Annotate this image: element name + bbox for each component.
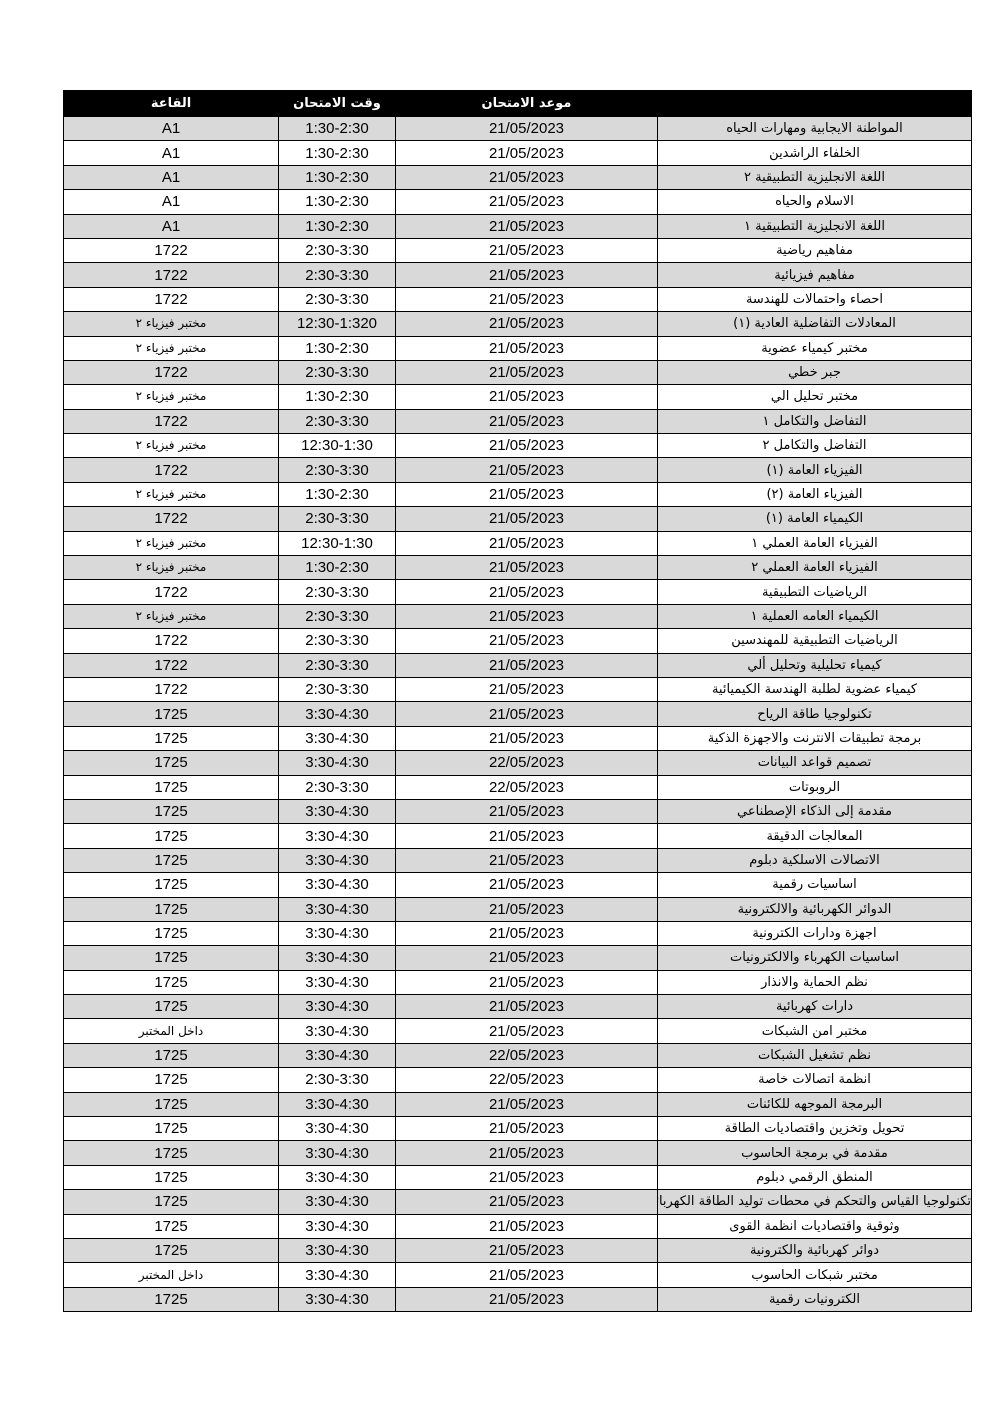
time-cell: 3:30-4:30 [279,946,396,970]
table-row: 17253:30-4:3021/05/2023البرمجة الموجهه ل… [64,1092,972,1116]
room-cell: 1722 [64,409,279,433]
date-cell: 21/05/2023 [396,458,658,482]
table-row: 17253:30-4:3021/05/2023الدوائر الكهربائي… [64,897,972,921]
room-cell: A1 [64,190,279,214]
table-row: A11:30-2:3021/05/2023اللغة الانجليزية ال… [64,214,972,238]
date-cell: 21/05/2023 [396,1287,658,1311]
date-cell: 21/05/2023 [396,946,658,970]
date-cell: 21/05/2023 [396,677,658,701]
date-cell: 21/05/2023 [396,263,658,287]
date-cell: 22/05/2023 [396,1043,658,1067]
time-cell: 2:30-3:30 [279,238,396,262]
course-cell: المعالجات الدقيقة [658,824,972,848]
course-cell: الرياضيات التطبيقية [658,580,972,604]
room-cell: 1725 [64,995,279,1019]
table-row: 17253:30-4:3021/05/2023اجهزة ودارات الكت… [64,921,972,945]
table-row: مختبر فيزياء ٢2:30-3:3021/05/2023الكيميا… [64,604,972,628]
time-cell: 1:30-2:30 [279,165,396,189]
room-cell: مختبر فيزياء ٢ [64,556,279,580]
course-cell: الاسلام والحياه [658,190,972,214]
time-cell: 3:30-4:30 [279,970,396,994]
table-row: 17222:30-3:3021/05/2023مفاهيم رياضية [64,238,972,262]
course-cell: اساسيات الكهرباء والالكترونيات [658,946,972,970]
time-cell: 1:30-2:30 [279,482,396,506]
course-cell: اجهزة ودارات الكترونية [658,921,972,945]
room-cell: 1725 [64,970,279,994]
course-cell: الفيزياء العامة (٢) [658,482,972,506]
table-row: 17253:30-4:3021/05/2023وثوقية واقتصاديات… [64,1214,972,1238]
course-cell: مختبر كيمياء عضوية [658,336,972,360]
date-cell: 21/05/2023 [396,653,658,677]
room-cell: 1725 [64,1141,279,1165]
room-cell: 1725 [64,1117,279,1141]
table-row: 17253:30-4:3021/05/2023الكترونيات رقمية [64,1287,972,1311]
time-cell: 2:30-3:30 [279,677,396,701]
time-cell: 1:30-2:30 [279,214,396,238]
room-cell: مختبر فيزياء ٢ [64,312,279,336]
course-cell: تصميم قواعد البيانات [658,751,972,775]
table-header-row: القاعة وقت الامتحان موعد الامتحان [64,91,972,117]
date-cell: 21/05/2023 [396,409,658,433]
room-cell: 1725 [64,751,279,775]
table-row: A11:30-2:3021/05/2023الاسلام والحياه [64,190,972,214]
room-cell: 1722 [64,263,279,287]
date-cell: 21/05/2023 [396,1019,658,1043]
table-row: مختبر فيزياء ٢1:30-2:3021/05/2023مختبر ك… [64,336,972,360]
room-cell: 1725 [64,873,279,897]
time-cell: 2:30-3:30 [279,360,396,384]
time-cell: 1:30-2:30 [279,141,396,165]
course-cell: مختبر تحليل الي [658,385,972,409]
course-cell: انظمة اتصالات خاصة [658,1068,972,1092]
date-cell: 21/05/2023 [396,385,658,409]
date-cell: 21/05/2023 [396,482,658,506]
time-cell: 3:30-4:30 [279,751,396,775]
time-cell: 3:30-4:30 [279,897,396,921]
table-row: A11:30-2:3021/05/2023الخلفاء الراشدين [64,141,972,165]
time-cell: 2:30-3:30 [279,775,396,799]
room-cell: 1722 [64,629,279,653]
room-cell: مختبر فيزياء ٢ [64,336,279,360]
date-cell: 22/05/2023 [396,1068,658,1092]
time-cell: 12:30-1:30 [279,531,396,555]
course-cell: التفاضل والتكامل ١ [658,409,972,433]
course-cell: مفاهيم فيزيائية [658,263,972,287]
course-cell: الكيمياء العامه العملية ١ [658,604,972,628]
date-cell: 21/05/2023 [396,507,658,531]
table-row: 17253:30-4:3021/05/2023تكنولوجيا القياس … [64,1190,972,1214]
table-row: 17222:30-3:3021/05/2023الرياضيات التطبيق… [64,580,972,604]
room-cell: مختبر فيزياء ٢ [64,385,279,409]
room-cell: 1722 [64,238,279,262]
date-cell: 22/05/2023 [396,751,658,775]
header-room: القاعة [64,91,279,117]
room-cell: 1725 [64,775,279,799]
time-cell: 3:30-4:30 [279,921,396,945]
date-cell: 21/05/2023 [396,824,658,848]
time-cell: 2:30-3:30 [279,653,396,677]
date-cell: 21/05/2023 [396,1141,658,1165]
room-cell: 1725 [64,1092,279,1116]
date-cell: 21/05/2023 [396,434,658,458]
time-cell: 3:30-4:30 [279,1263,396,1287]
time-cell: 2:30-3:30 [279,604,396,628]
course-cell: مقدمة إلى الذكاء الإصطناعي [658,799,972,823]
time-cell: 3:30-4:30 [279,799,396,823]
room-cell: A1 [64,117,279,141]
table-row: مختبر فيزياء ٢1:30-2:3021/05/2023مختبر ت… [64,385,972,409]
date-cell: 21/05/2023 [396,1263,658,1287]
room-cell: 1725 [64,921,279,945]
time-cell: 2:30-3:30 [279,1068,396,1092]
date-cell: 21/05/2023 [396,897,658,921]
course-cell: الخلفاء الراشدين [658,141,972,165]
course-cell: وثوقية واقتصاديات انظمة القوى [658,1214,972,1238]
room-cell: مختبر فيزياء ٢ [64,434,279,458]
exam-schedule-table: القاعة وقت الامتحان موعد الامتحان A11:30… [63,90,972,1312]
time-cell: 1:30-2:30 [279,336,396,360]
date-cell: 21/05/2023 [396,165,658,189]
course-cell: دوائر كهربائية والكترونية [658,1238,972,1262]
date-cell: 21/05/2023 [396,1117,658,1141]
room-cell: 1722 [64,360,279,384]
course-cell: المنطق الرقمي دبلوم [658,1165,972,1189]
time-cell: 3:30-4:30 [279,1043,396,1067]
time-cell: 1:30-2:30 [279,117,396,141]
date-cell: 21/05/2023 [396,726,658,750]
course-cell: اللغة الانجليزية التطبيقية ١ [658,214,972,238]
time-cell: 12:30-1:320 [279,312,396,336]
time-cell: 2:30-3:30 [279,507,396,531]
date-cell: 21/05/2023 [396,238,658,262]
date-cell: 21/05/2023 [396,1214,658,1238]
table-row: 17222:30-3:3021/05/2023كيمياء عضوية لطلب… [64,677,972,701]
room-cell: 1722 [64,677,279,701]
time-cell: 2:30-3:30 [279,287,396,311]
room-cell: 1722 [64,507,279,531]
room-cell: 1725 [64,1190,279,1214]
room-cell: 1725 [64,799,279,823]
course-cell: الفيزياء العامة العملي ٢ [658,556,972,580]
date-cell: 22/05/2023 [396,775,658,799]
date-cell: 21/05/2023 [396,921,658,945]
date-cell: 21/05/2023 [396,336,658,360]
date-cell: 21/05/2023 [396,287,658,311]
date-cell: 21/05/2023 [396,873,658,897]
date-cell: 21/05/2023 [396,995,658,1019]
table-row: 17253:30-4:3021/05/2023مقدمة إلى الذكاء … [64,799,972,823]
course-cell: مقدمة في برمجة الحاسوب [658,1141,972,1165]
time-cell: 3:30-4:30 [279,824,396,848]
table-row: 17222:30-3:3021/05/2023التفاضل والتكامل … [64,409,972,433]
room-cell: داخل المختبر [64,1019,279,1043]
date-cell: 21/05/2023 [396,1190,658,1214]
date-cell: 21/05/2023 [396,970,658,994]
time-cell: 3:30-4:30 [279,1092,396,1116]
date-cell: 21/05/2023 [396,531,658,555]
room-cell: 1722 [64,458,279,482]
table-row: 17253:30-4:3021/05/2023تحويل وتخزين واقت… [64,1117,972,1141]
time-cell: 2:30-3:30 [279,263,396,287]
course-cell: اساسيات رقمية [658,873,972,897]
time-cell: 3:30-4:30 [279,873,396,897]
room-cell: 1725 [64,824,279,848]
table-row: مختبر فيزياء ٢12:30-1:3021/05/2023التفاض… [64,434,972,458]
date-cell: 21/05/2023 [396,141,658,165]
room-cell: A1 [64,214,279,238]
table-row: 17253:30-4:3021/05/2023برمجة تطبيقات الا… [64,726,972,750]
table-row: A11:30-2:3021/05/2023اللغة الانجليزية ال… [64,165,972,189]
table-row: مختبر فيزياء ٢1:30-2:3021/05/2023الفيزيا… [64,482,972,506]
time-cell: 2:30-3:30 [279,409,396,433]
table-row: 17222:30-3:3021/05/2023مفاهيم فيزيائية [64,263,972,287]
course-cell: التفاضل والتكامل ٢ [658,434,972,458]
course-cell: الكيمياء العامة (١) [658,507,972,531]
table-row: مختبر فيزياء ٢12:30-1:32021/05/2023المعا… [64,312,972,336]
room-cell: مختبر فيزياء ٢ [64,482,279,506]
date-cell: 21/05/2023 [396,848,658,872]
course-cell: الفيزياء العامة (١) [658,458,972,482]
table-row: 17252:30-3:3022/05/2023الروبوتات [64,775,972,799]
course-cell: الروبوتات [658,775,972,799]
table-row: مختبر فيزياء ٢12:30-1:3021/05/2023الفيزي… [64,531,972,555]
room-cell: مختبر فيزياء ٢ [64,531,279,555]
date-cell: 21/05/2023 [396,214,658,238]
header-course [658,91,972,117]
course-cell: تكنولوجيا طاقة الرياح [658,702,972,726]
course-cell: المعادلات التفاضلية العادية (١) [658,312,972,336]
course-cell: الدوائر الكهربائية والالكترونية [658,897,972,921]
time-cell: 3:30-4:30 [279,1214,396,1238]
time-cell: 3:30-4:30 [279,726,396,750]
room-cell: 1725 [64,1287,279,1311]
time-cell: 12:30-1:30 [279,434,396,458]
room-cell: 1722 [64,580,279,604]
table-row: 17253:30-4:3021/05/2023تكنولوجيا طاقة ال… [64,702,972,726]
course-cell: مفاهيم رياضية [658,238,972,262]
course-cell: تكنولوجيا القياس والتحكم في محطات توليد … [658,1190,972,1214]
course-cell: الفيزياء العامة العملي ١ [658,531,972,555]
course-cell: نظم تشغيل الشبكات [658,1043,972,1067]
date-cell: 21/05/2023 [396,629,658,653]
course-cell: تحويل وتخزين واقتصاديات الطاقة [658,1117,972,1141]
time-cell: 1:30-2:30 [279,385,396,409]
course-cell: مختبر شبكات الحاسوب [658,1263,972,1287]
date-cell: 21/05/2023 [396,702,658,726]
time-cell: 3:30-4:30 [279,702,396,726]
date-cell: 21/05/2023 [396,1092,658,1116]
date-cell: 21/05/2023 [396,1238,658,1262]
date-cell: 21/05/2023 [396,556,658,580]
course-cell: برمجة تطبيقات الانترنت والاجهزة الذكية [658,726,972,750]
table-row: 17222:30-3:3021/05/2023احصاء واحتمالات ل… [64,287,972,311]
room-cell: داخل المختبر [64,1263,279,1287]
time-cell: 3:30-4:30 [279,1287,396,1311]
time-cell: 3:30-4:30 [279,1165,396,1189]
time-cell: 2:30-3:30 [279,580,396,604]
table-row: 17222:30-3:3021/05/2023الرياضيات التطبيق… [64,629,972,653]
time-cell: 3:30-4:30 [279,1190,396,1214]
table-row: 17253:30-4:3021/05/2023دارات كهربائية [64,995,972,1019]
table-row: 17222:30-3:3021/05/2023الفيزياء العامة (… [64,458,972,482]
time-cell: 2:30-3:30 [279,629,396,653]
table-row: 17222:30-3:3021/05/2023جبر خطي [64,360,972,384]
table-row: 17222:30-3:3021/05/2023الكيمياء العامة (… [64,507,972,531]
date-cell: 21/05/2023 [396,117,658,141]
date-cell: 21/05/2023 [396,312,658,336]
room-cell: 1725 [64,946,279,970]
room-cell: 1725 [64,702,279,726]
document-page: القاعة وقت الامتحان موعد الامتحان A11:30… [0,0,1000,1414]
course-cell: الاتصالات الاسلكية دبلوم [658,848,972,872]
room-cell: 1725 [64,1043,279,1067]
course-cell: الكترونيات رقمية [658,1287,972,1311]
time-cell: 3:30-4:30 [279,1141,396,1165]
table-row: 17222:30-3:3021/05/2023كيمياء تحليلية وت… [64,653,972,677]
course-cell: الرياضيات التطبيقية للمهندسين [658,629,972,653]
room-cell: 1722 [64,653,279,677]
time-cell: 3:30-4:30 [279,848,396,872]
room-cell: A1 [64,165,279,189]
table-row: داخل المختبر3:30-4:3021/05/2023مختبر امن… [64,1019,972,1043]
time-cell: 1:30-2:30 [279,556,396,580]
room-cell: 1725 [64,1068,279,1092]
room-cell: A1 [64,141,279,165]
header-date: موعد الامتحان [396,91,658,117]
table-row: 17253:30-4:3021/05/2023اساسيات رقمية [64,873,972,897]
table-row: 17253:30-4:3021/05/2023اساسيات الكهرباء … [64,946,972,970]
course-cell: احصاء واحتمالات للهندسة [658,287,972,311]
room-cell: مختبر فيزياء ٢ [64,604,279,628]
date-cell: 21/05/2023 [396,190,658,214]
room-cell: 1725 [64,1238,279,1262]
table-row: داخل المختبر3:30-4:3021/05/2023مختبر شبك… [64,1263,972,1287]
course-cell: المواطنة الايجابية ومهارات الحياه [658,117,972,141]
table-row: 17253:30-4:3021/05/2023نظم الحماية والان… [64,970,972,994]
table-row: 17253:30-4:3021/05/2023دوائر كهربائية وا… [64,1238,972,1262]
table-row: مختبر فيزياء ٢1:30-2:3021/05/2023الفيزيا… [64,556,972,580]
time-cell: 3:30-4:30 [279,1019,396,1043]
course-cell: جبر خطي [658,360,972,384]
table-row: 17253:30-4:3021/05/2023مقدمة في برمجة ال… [64,1141,972,1165]
course-cell: كيمياء عضوية لطلبة الهندسة الكيميائية [658,677,972,701]
course-cell: نظم الحماية والانذار [658,970,972,994]
room-cell: 1725 [64,1214,279,1238]
date-cell: 21/05/2023 [396,1165,658,1189]
date-cell: 21/05/2023 [396,799,658,823]
room-cell: 1722 [64,287,279,311]
header-time: وقت الامتحان [279,91,396,117]
table-row: 17253:30-4:3022/05/2023تصميم قواعد البيا… [64,751,972,775]
table-body: A11:30-2:3021/05/2023المواطنة الايجابية … [64,117,972,1312]
room-cell: 1725 [64,897,279,921]
table-row: 17252:30-3:3022/05/2023انظمة اتصالات خاص… [64,1068,972,1092]
course-cell: مختبر امن الشبكات [658,1019,972,1043]
room-cell: 1725 [64,726,279,750]
course-cell: البرمجة الموجهه للكائنات [658,1092,972,1116]
table-row: 17253:30-4:3022/05/2023نظم تشغيل الشبكات [64,1043,972,1067]
table-row: 17253:30-4:3021/05/2023الاتصالات الاسلكي… [64,848,972,872]
course-cell: دارات كهربائية [658,995,972,1019]
time-cell: 2:30-3:30 [279,458,396,482]
room-cell: 1725 [64,1165,279,1189]
table-row: 17253:30-4:3021/05/2023المعالجات الدقيقة [64,824,972,848]
date-cell: 21/05/2023 [396,604,658,628]
room-cell: 1725 [64,848,279,872]
date-cell: 21/05/2023 [396,580,658,604]
time-cell: 3:30-4:30 [279,995,396,1019]
table-row: 17253:30-4:3021/05/2023المنطق الرقمي دبل… [64,1165,972,1189]
date-cell: 21/05/2023 [396,360,658,384]
time-cell: 3:30-4:30 [279,1238,396,1262]
time-cell: 3:30-4:30 [279,1117,396,1141]
table-row: A11:30-2:3021/05/2023المواطنة الايجابية … [64,117,972,141]
course-cell: اللغة الانجليزية التطبيقية ٢ [658,165,972,189]
course-cell: كيمياء تحليلية وتحليل ألي [658,653,972,677]
time-cell: 1:30-2:30 [279,190,396,214]
